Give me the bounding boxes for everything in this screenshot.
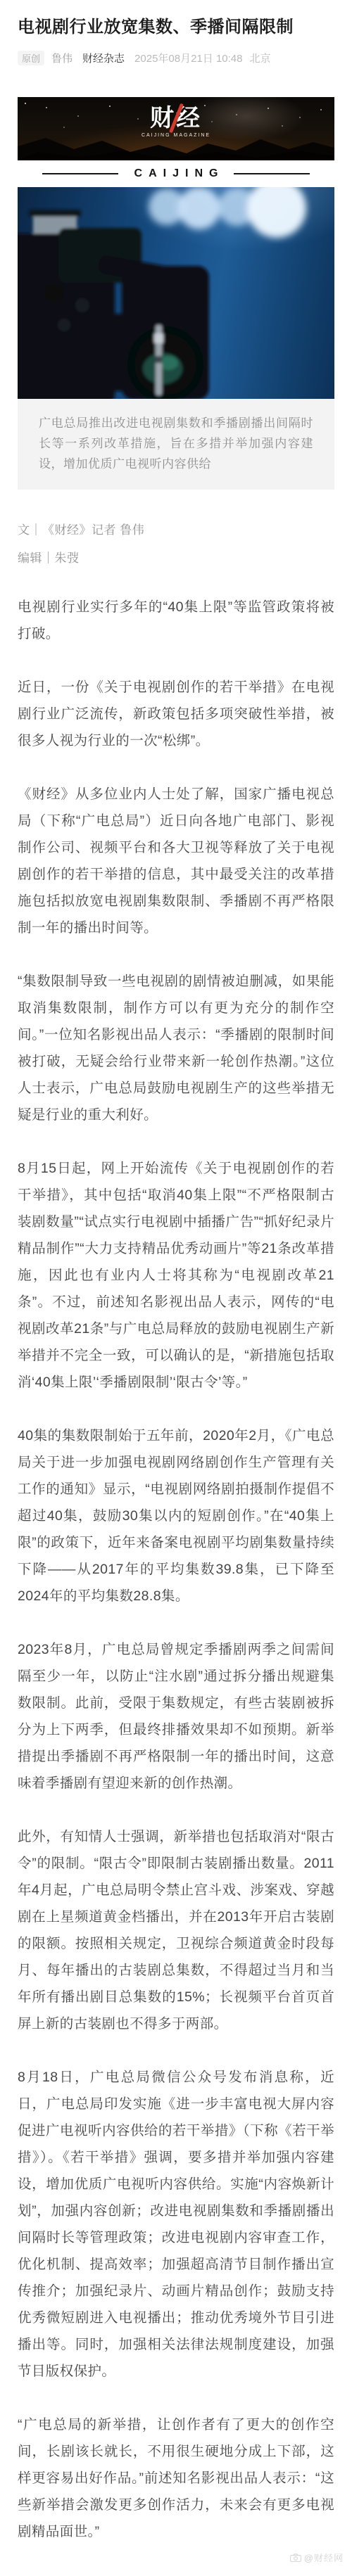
caijing-logo: 财经 CAIJING MAGAZINE	[18, 106, 334, 138]
paragraph: 近日，一份《关于电视剧创作的若干举措》在电视剧行业广泛流传，新政策包括多项突破性…	[18, 674, 334, 754]
paragraph: 此外，有知情人士强调，新举措也包括取消对“限古令”的限制。“限古令”即限制古装剧…	[18, 1823, 334, 2037]
bokeh-lights	[149, 187, 306, 238]
article-body: 电视剧行业实行多年的“40集上限”等监管政策将被打破。 近日，一份《关于电视剧创…	[0, 567, 352, 2545]
paragraph: 8月15日起，网上开始流传《关于电视剧创作的若干举措》，其中包括“取消40集上限…	[18, 1155, 334, 1396]
camera-silhouette	[18, 210, 209, 399]
paragraph: 40集的集数限制始于五年前，2020年2月，《广电总局关于进一步加强电视剧网络剧…	[18, 1422, 334, 1609]
credits: 文｜《财经》记者 鲁伟 编辑｜朱弢	[0, 490, 352, 567]
hero-image[interactable]: 财经 CAIJING MAGAZINE CAIJING	[18, 97, 334, 399]
watermark: @财经网	[290, 2551, 344, 2564]
watermark-text: @财经网	[304, 2551, 344, 2564]
caijing-divider: CAIJING	[18, 160, 334, 187]
paragraph: 《财经》从多位业内人士处了解，国家广播电视总局（下称“广电总局”）近日向各地广电…	[18, 781, 334, 941]
page-title: 电视剧行业放宽集数、季播间隔限制	[0, 0, 352, 39]
original-badge: 原创	[18, 51, 44, 65]
byline: 原创 鲁伟 财经杂志 2025年08月21日 10:48 北京	[0, 39, 352, 65]
paragraph: 8月18日，广电总局微信公众号发布消息称，近日，广电总局印发实施《进一步丰富电视…	[18, 2064, 334, 2385]
camera-icon	[290, 2553, 301, 2562]
paragraph: 电视剧行业实行多年的“40集上限”等监管政策将被打破。	[18, 594, 334, 647]
author-name: 鲁伟	[51, 51, 73, 65]
publish-location: 北京	[250, 51, 271, 65]
article-page: 电视剧行业放宽集数、季播间隔限制 原创 鲁伟 财经杂志 2025年08月21日 …	[0, 0, 352, 2576]
source-link[interactable]: 财经杂志	[82, 51, 125, 65]
paragraph: “广电总局的新举措，让创作者有了更大的创作空间，长剧该长就长，不用很生硬地分成上…	[18, 2411, 334, 2545]
camera-illustration	[18, 187, 334, 399]
publish-datetime: 2025年08月21日 10:48	[134, 51, 242, 65]
reporter-credit: 文｜《财经》记者 鲁伟	[18, 522, 334, 539]
hero-banner-night-sky: 财经 CAIJING MAGAZINE	[18, 97, 334, 160]
paragraph: “集数限制导致一些电视剧的剧情被迫删减，如果能取消集数限制，制作方可以有更为充分…	[18, 968, 334, 1128]
divider-line-left	[42, 173, 118, 174]
camera-photo	[18, 187, 334, 399]
divider-line-right	[234, 173, 310, 174]
paragraph: 2023年8月，广电总局曾规定季播剧两季之间需间隔至少一年，以防止“注水剧”通过…	[18, 1636, 334, 1797]
stars-decoration	[25, 103, 26, 104]
image-caption: 广电总局推出改进电视剧集数和季播剧播出间隔时长等一系列改革措施，旨在多措并举加强…	[18, 399, 334, 490]
editor-credit: 编辑｜朱弢	[18, 550, 334, 567]
